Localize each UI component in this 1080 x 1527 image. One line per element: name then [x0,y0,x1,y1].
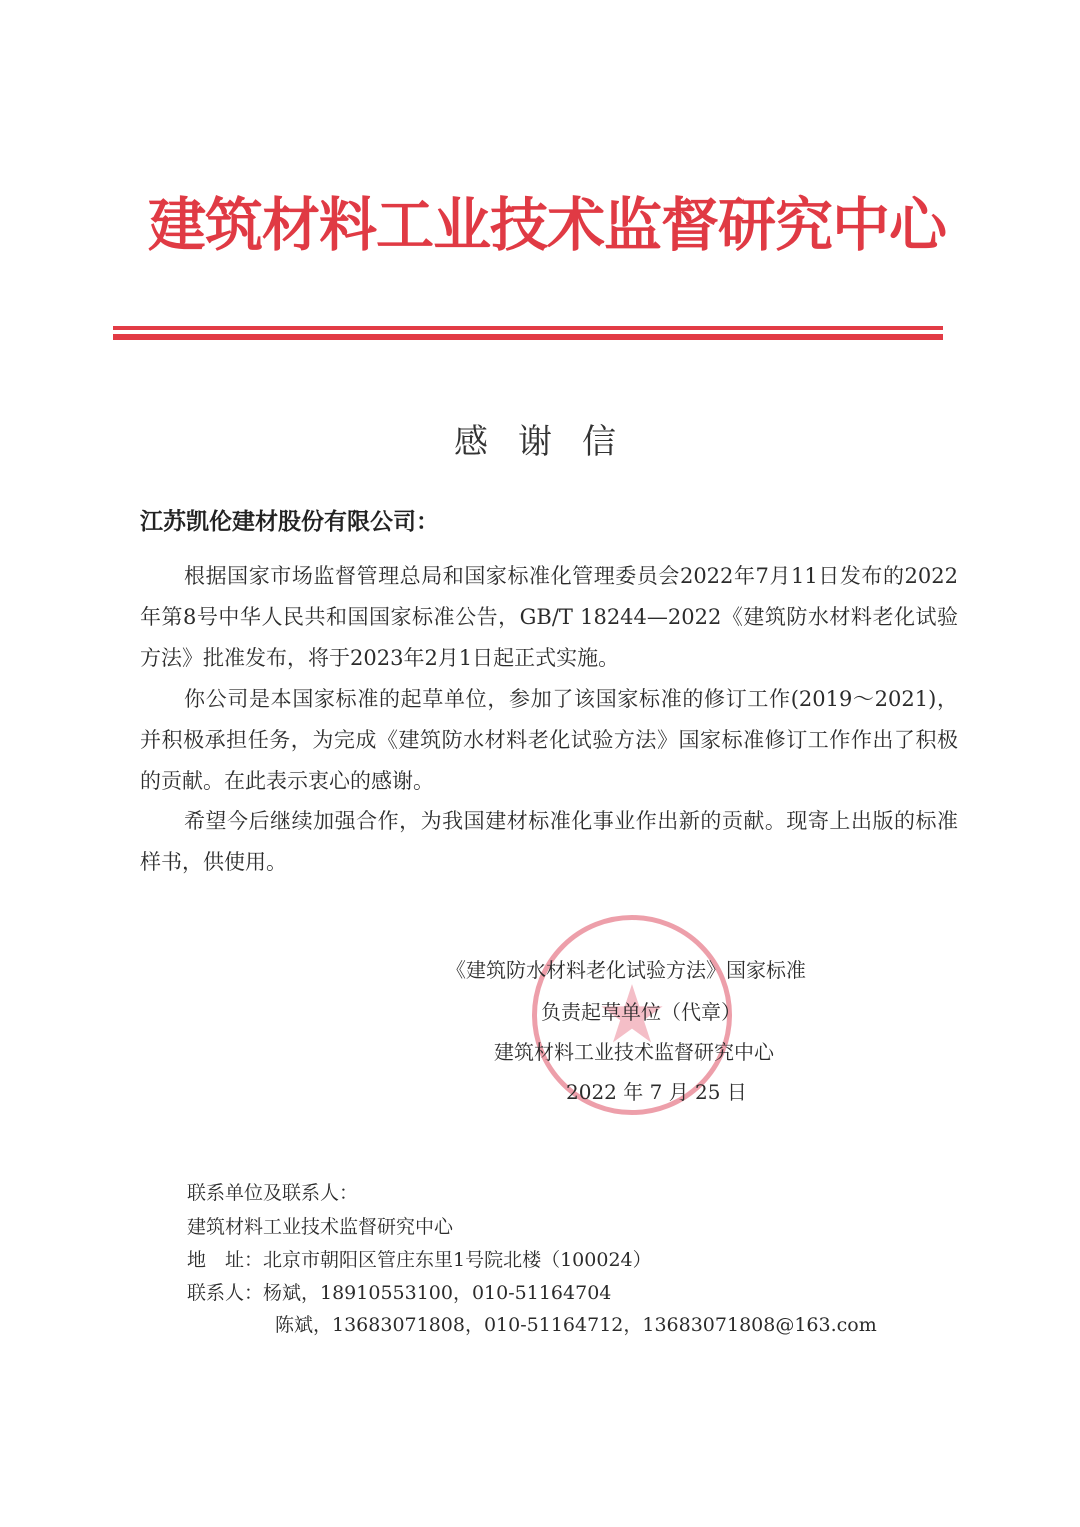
signature-org: 建筑材料工业技术监督研究中心 [494,1032,774,1072]
body-paragraph-2: 你公司是本国家标准的起草单位，参加了该国家标准的修订工作(2019～2021)，… [140,679,958,802]
letterhead-org-name: 建筑材料工业技术监督研究中心 [148,190,928,260]
letterhead-rule-thick [113,334,943,340]
body-paragraph-1: 根据国家市场监督管理总局和国家标准化管理委员会2022年7月11日发布的2022… [140,556,958,679]
contact-person-2: 陈斌，13683071808，010-51164712，13683071808@… [275,1308,877,1342]
letter-title: 感谢信 [440,420,660,464]
signature-date: 2022 年 7 月 25 日 [566,1072,747,1112]
signature-standard-name: 《建筑防水材料老化试验方法》国家标准 [446,950,806,990]
contact-person-1: 联系人：杨斌，18910553100，010-51164704 [187,1276,611,1310]
signature-role: 负责起草单位（代章） [541,992,741,1032]
body-paragraph-3: 希望今后继续加强合作，为我国建材标准化事业作出新的贡献。现寄上出版的标准样书，供… [140,801,958,883]
letterhead-rule-thin [113,326,943,330]
contact-address: 地 址：北京市朝阳区管庄东里1号院北楼（100024） [187,1243,652,1277]
salutation: 江苏凯伦建材股份有限公司： [140,506,439,538]
contact-heading: 联系单位及联系人： [187,1176,358,1210]
contact-org: 建筑材料工业技术监督研究中心 [187,1210,453,1244]
